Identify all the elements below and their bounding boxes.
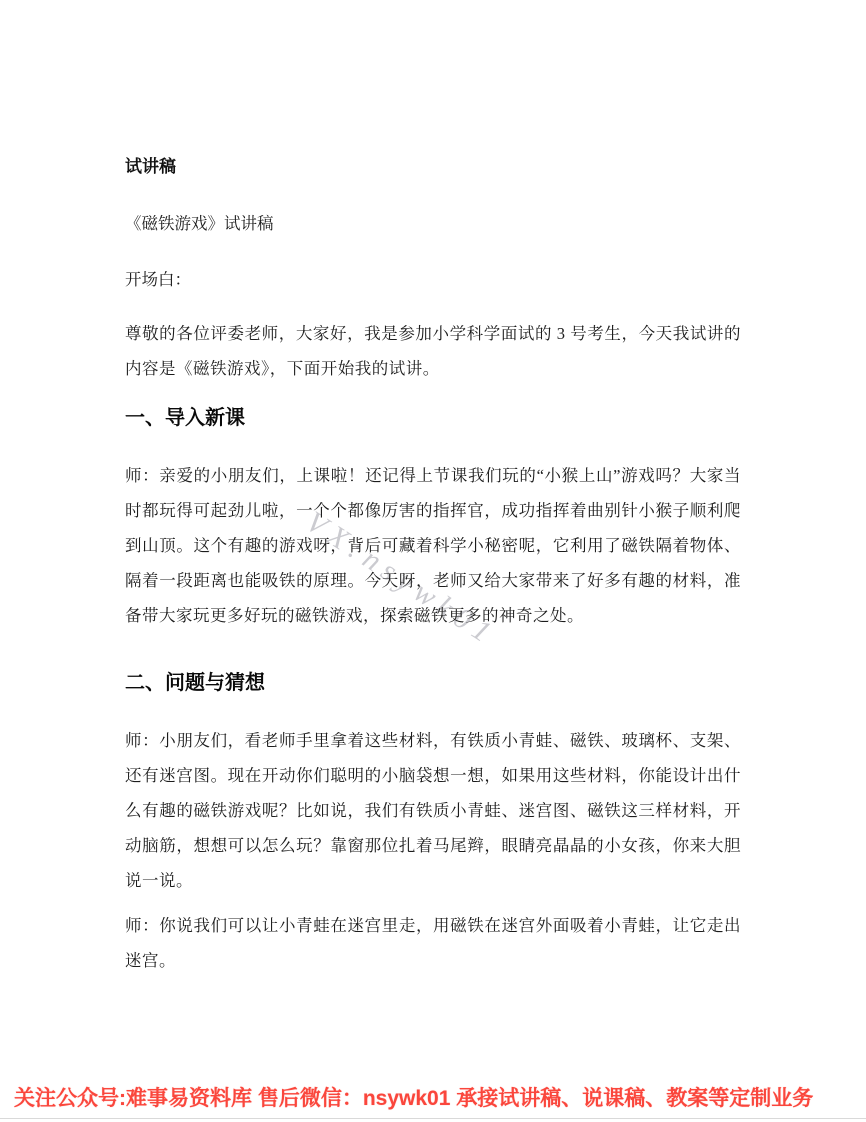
section-2-heading: 二、问题与猜想 xyxy=(125,669,741,697)
document-page: VX:nsywk01 试讲稿 《磁铁游戏》试讲稿 开场白： 尊敬的各位评委老师，… xyxy=(0,0,866,1122)
opening-label: 开场白： xyxy=(125,268,741,292)
document-title: 试讲稿 xyxy=(125,155,741,179)
opening-paragraph: 尊敬的各位评委老师，大家好，我是参加小学科学面试的 3 号考生，今天我试讲的内容… xyxy=(125,316,741,386)
section-2-paragraph-2: 师：你说我们可以让小青蛙在迷宫里走，用磁铁在迷宫外面吸着小青蛙，让它走出迷宫。 xyxy=(125,908,741,978)
document-content: 试讲稿 《磁铁游戏》试讲稿 开场白： 尊敬的各位评委老师，大家好，我是参加小学科… xyxy=(125,155,741,978)
promo-footer-banner: 关注公众号:难事易资料库 售后微信：nsywk01 承接试讲稿、说课稿、教案等定… xyxy=(0,1086,866,1112)
section-2-paragraph-1: 师：小朋友们，看老师手里拿着这些材料，有铁质小青蛙、磁铁、玻璃杯、支架、还有迷宫… xyxy=(125,723,741,898)
document-subtitle: 《磁铁游戏》试讲稿 xyxy=(125,212,741,236)
section-1-heading: 一、导入新课 xyxy=(125,404,741,432)
section-1-paragraph: 师：亲爱的小朋友们，上课啦！还记得上节课我们玩的“小猴上山”游戏吗？大家当时都玩… xyxy=(125,458,741,633)
page-bottom-edge xyxy=(0,1118,866,1119)
